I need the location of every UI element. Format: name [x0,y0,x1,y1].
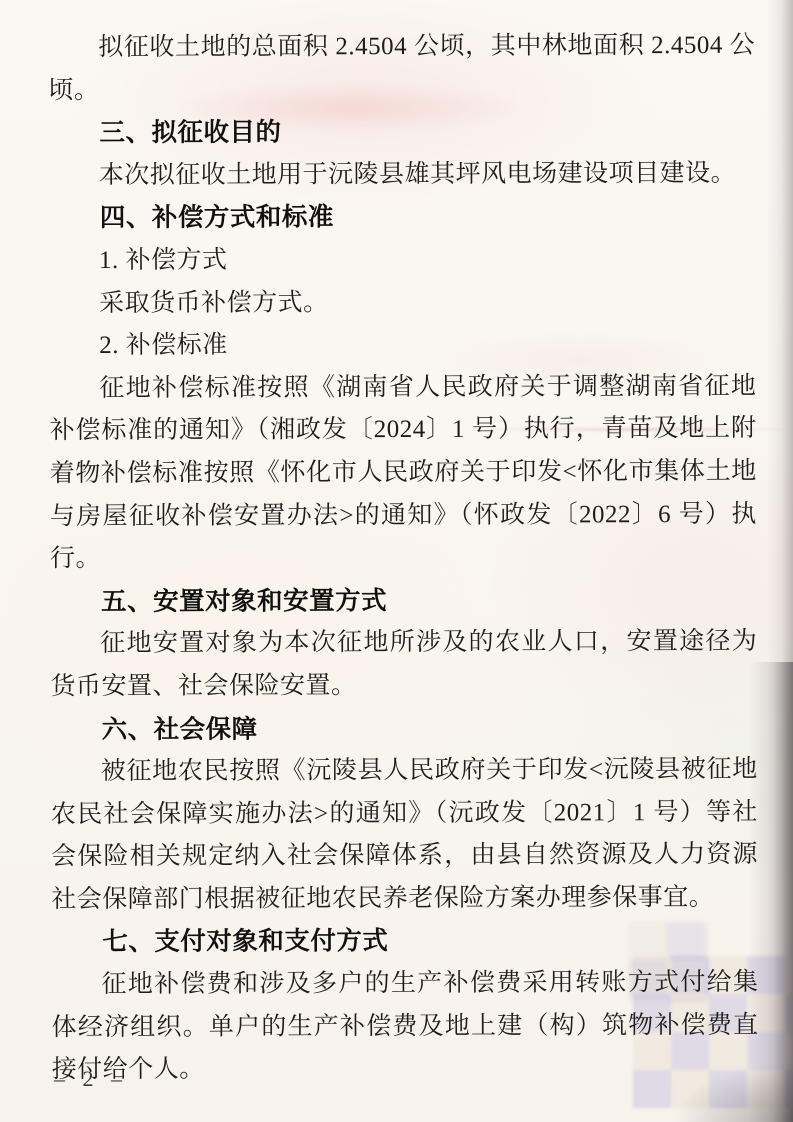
section-heading-3: 三、拟征收目的 [48,110,755,155]
paragraph-intro: 拟征收土地的总面积 2.4504 公顷，其中林地面积 2.4504 公顷。 [48,25,755,113]
subitem-2: 2. 补偿标准 [49,323,756,368]
document-content: 拟征收土地的总面积 2.4504 公顷，其中林地面积 2.4504 公顷。 三、… [48,25,759,1092]
section-heading-7: 七、支付对象和支付方式 [51,919,758,964]
paragraph: 采取货币补偿方式。 [49,280,756,325]
paragraph: 征地补偿标准按照《湖南省人民政府关于调整湖南省征地补偿标准的通知》（湘政发〔20… [49,366,757,581]
subitem-1: 1. 补偿方式 [49,238,756,283]
scanned-document-page: 拟征收土地的总面积 2.4504 公顷，其中林地面积 2.4504 公顷。 三、… [0,0,793,1122]
section-heading-6: 六、社会保障 [51,706,758,751]
section-heading-5: 五、安置对象和安置方式 [50,578,757,623]
paragraph: 被征地农民按照《沅陵县人民政府关于印发<沅陵县被征地农民社会保障实施办法>的通知… [51,749,759,922]
page-number: – 2 – [54,1066,128,1092]
paragraph: 本次拟征收土地用于沅陵县雄其坪风电场建设项目建设。 [49,153,756,198]
section-heading-4: 四、补偿方式和标准 [49,195,756,240]
page-edge-shadow [767,0,793,1122]
paragraph: 征地安置对象为本次征地所涉及的农业人口，安置途径为货币安置、社会保险安置。 [50,621,757,709]
paragraph: 征地补偿费和涉及多户的生产补偿费采用转账方式付给集体经济组织。单户的生产补偿费及… [51,962,758,1092]
